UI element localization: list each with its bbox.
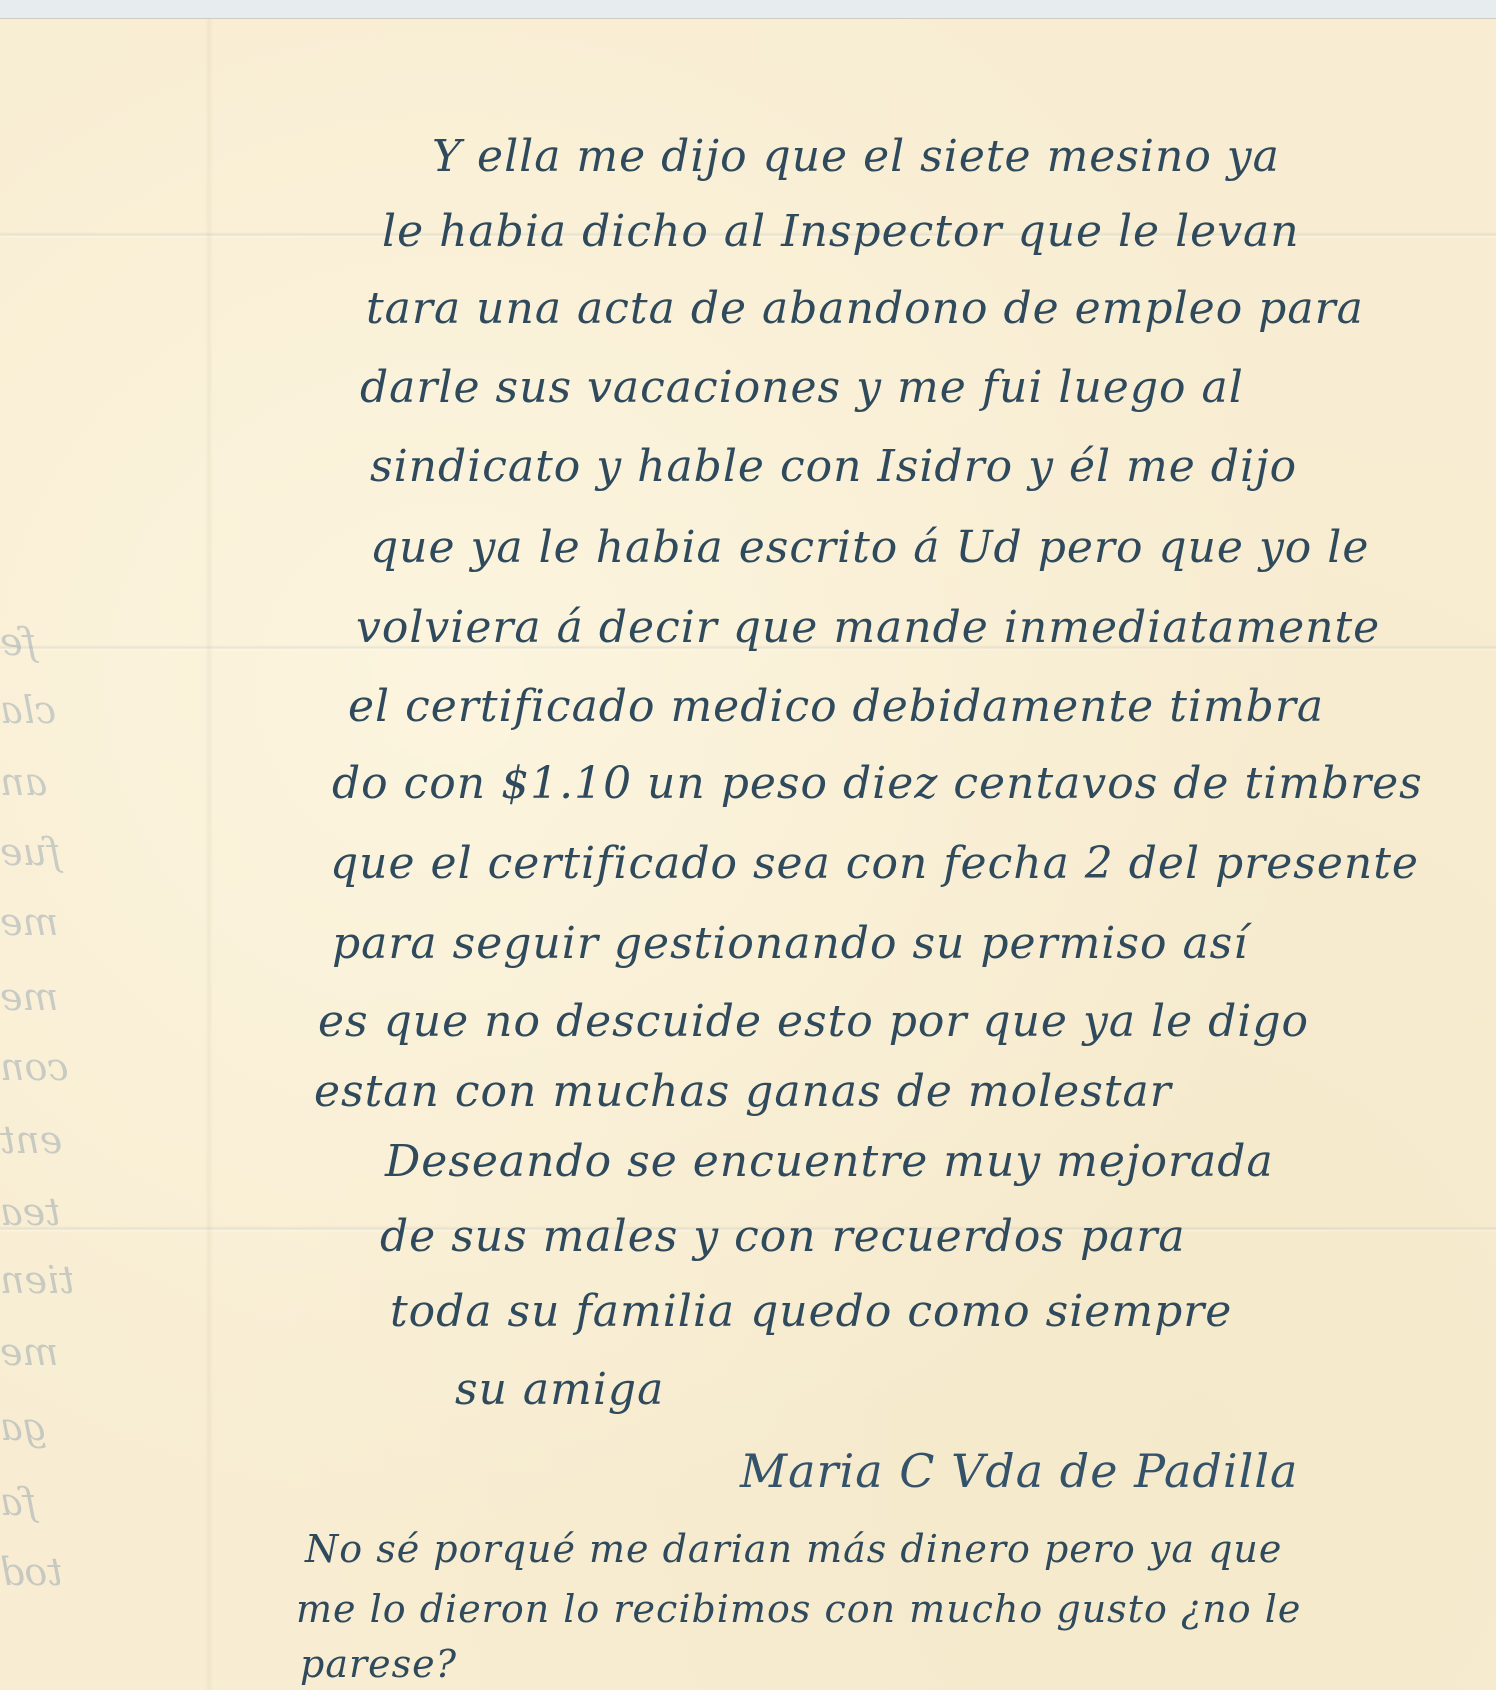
letter-line: tara una acta de abandono de empleo para (366, 287, 1364, 331)
letter-line: darle sus vacaciones y me fui luego al (360, 366, 1244, 410)
bleed-fragment: me (0, 1330, 110, 1374)
bleed-fragment: fe (0, 620, 110, 664)
letter-line: que el certificado sea con fecha 2 del p… (330, 842, 1419, 886)
letter-line: el certificado medico debidamente timbra (348, 685, 1324, 729)
postscript-line: parese? (300, 1645, 457, 1683)
letter-line: es que no descuide esto por que ya le di… (318, 1000, 1309, 1044)
letter-line: que ya le habia escrito á Ud pero que yo… (370, 526, 1369, 570)
letter-line: Deseando se encuentre muy mejorada (385, 1140, 1274, 1184)
bleed-fragment: fa (0, 1480, 110, 1524)
bleed-fragment: fue (0, 830, 110, 874)
bleed-fragment: con (0, 1045, 110, 1089)
letter-line: de sus males y con recuerdos para (380, 1215, 1186, 1259)
postscript-line: No sé porqué me darian más dinero pero y… (305, 1530, 1282, 1568)
bleed-fragment: tod (0, 1550, 110, 1594)
letter-line: Y ella me dijo que el siete mesino ya (432, 135, 1280, 179)
letter-line: su amiga (455, 1368, 664, 1412)
bleed-fragment: tea (0, 1190, 110, 1234)
bleed-fragment: an (0, 760, 110, 804)
letter-line: do con $1.10 un peso diez centavos de ti… (332, 762, 1423, 806)
letter-line: para seguir gestionando su permiso así (332, 922, 1248, 966)
bleed-fragment: ga (0, 1405, 110, 1449)
vertical-fold-line (205, 18, 213, 1690)
letter-line: volviera á decir que mande inmediatament… (356, 606, 1380, 650)
letter-line: sindicato y hable con Isidro y él me dij… (370, 445, 1297, 489)
letter-line: estan con muchas ganas de molestar (314, 1070, 1172, 1114)
letter-line: toda su familia quedo como siempre (390, 1290, 1232, 1334)
bleed-fragment: cla (0, 688, 110, 732)
bleed-fragment: ent (0, 1118, 110, 1162)
bleed-fragment: me (0, 900, 110, 944)
signature: Maria C Vda de Padilla (740, 1448, 1298, 1494)
letter-line: le habia dicho al Inspector que le levan (382, 210, 1300, 254)
postscript-line: me lo dieron lo recibimos con mucho gust… (296, 1590, 1301, 1628)
scanned-letter: fe cla an fue me me con ent tea tien me … (0, 0, 1496, 1690)
bleed-fragment: me (0, 975, 110, 1019)
bleed-fragment: tien (0, 1258, 110, 1302)
